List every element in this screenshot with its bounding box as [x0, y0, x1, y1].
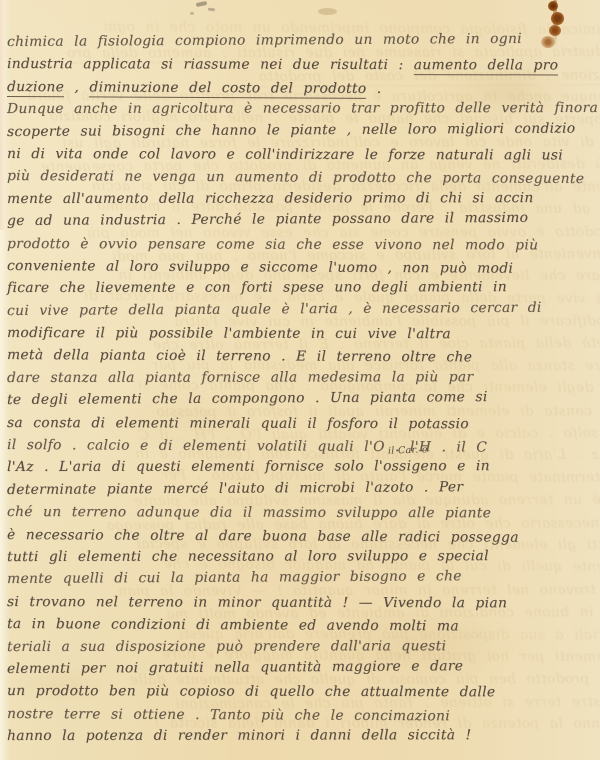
- manuscript-line: ge ad una industria . Perché le piante p…: [7, 206, 600, 232]
- ink-speck-2: [208, 8, 215, 12]
- handwritten-text: ,: [64, 79, 89, 95]
- handwritten-text: teriali a sua disposizione può prendere …: [7, 638, 446, 655]
- manuscript-line: determinate piante mercé l'aiuto di micr…: [7, 475, 600, 501]
- handwritten-text: cui vive parte della pianta quale è l'ar…: [7, 299, 542, 318]
- handwritten-text: Dunque anche in agricoltura è necessario…: [7, 100, 598, 117]
- handwritten-text: chimica la fisiologia compiono imprimend…: [7, 31, 522, 50]
- manuscript-line: cui vive parte della pianta quale è l'ar…: [7, 296, 600, 322]
- manuscript-text: chimica la fisiologia compiono imprimend…: [7, 31, 600, 748]
- handwritten-text: dare stanza alla pianta fornisce alla me…: [7, 369, 473, 386]
- handwritten-text: scoperte sui bisogni che hanno le piante…: [7, 120, 576, 139]
- manuscript-line: prodotto è ovvio pensare come sia che es…: [7, 233, 600, 257]
- handwritten-text: un prodotto ben più copioso di quello ch…: [7, 683, 495, 700]
- handwritten-text: ta in buone condizioni di ambiente ed av…: [7, 616, 459, 634]
- manuscript-line: industria applicata si riassume nei due …: [7, 53, 600, 77]
- handwritten-text: .: [366, 81, 381, 97]
- manuscript-line: ché un terreno adunque dia il massimo sv…: [7, 501, 600, 525]
- handwritten-text: modificare il più possibile l'ambiente i…: [7, 325, 451, 342]
- handwritten-text: hanno la potenza di render minori i dann…: [7, 727, 471, 744]
- paper-smudge: [318, 8, 337, 15]
- interlinear-insertion: il Car. e: [388, 444, 428, 456]
- handwritten-text: l'Az . L'aria di questi elementi fornisc…: [7, 459, 490, 476]
- manuscript-line: sa consta di elementi minerali quali il …: [7, 412, 600, 436]
- handwritten-text: ché un terreno adunque dia il massimo sv…: [7, 504, 491, 521]
- handwritten-text: elementi per noi gratuiti nella quantità…: [7, 658, 463, 677]
- handwritten-text: è necessario che oltre al dare buona bas…: [7, 527, 519, 546]
- handwritten-text: ni di vita onde col lavoro e coll'indiri…: [7, 146, 563, 163]
- handwritten-text: prodotto è ovvio pensare come sia che es…: [7, 236, 538, 253]
- handwritten-text: metà della pianta cioè il terreno . E il…: [7, 347, 472, 365]
- handwritten-text: si trovano nel terreno in minor quantità…: [7, 594, 507, 611]
- handwritten-text: ficare che lievemente e con forti spese …: [7, 279, 507, 296]
- handwritten-text: ge ad una industria . Perché le piante p…: [7, 210, 528, 229]
- handwritten-text: mente all'aumento della ricchezza deside…: [7, 190, 534, 207]
- ink-speck-3: [190, 12, 194, 15]
- manuscript-line: modificare il più possibile l'ambiente i…: [7, 322, 600, 346]
- handwritten-text: più desiderati ne venga un aumento di pr…: [7, 168, 584, 187]
- handwritten-text: industria applicata si riassume nei due …: [7, 56, 414, 73]
- underlined-text: duzione: [7, 79, 64, 97]
- rust-stain-1: [548, 1, 558, 11]
- handwritten-text: mente quelli di cui la pianta ha maggior…: [7, 569, 462, 588]
- manuscript-line: chimica la fisiologia compiono imprimend…: [7, 27, 600, 53]
- handwritten-text: nostre terre si ottiene . Tanto più che …: [7, 706, 450, 724]
- manuscript-line: ni di vita onde col lavoro e coll'indiri…: [7, 143, 600, 167]
- underlined-text: diminuzione del costo del prodotto: [89, 79, 366, 98]
- ink-speck-1: [196, 1, 208, 7]
- handwritten-text: te degli elementi che la compongono . Un…: [7, 389, 488, 408]
- handwritten-text: sa consta di elementi minerali quali il …: [7, 415, 469, 432]
- manuscript-line: hanno la potenza di render minori i dann…: [7, 724, 600, 748]
- underlined-text: aumento della pro: [414, 57, 559, 75]
- manuscript-page: chimica la fisiologia compiono imprimend…: [0, 0, 600, 760]
- manuscript-line: scoperte sui bisogni che hanno le piante…: [7, 116, 600, 142]
- handwritten-text: determinate piante mercé l'aiuto di micr…: [7, 479, 463, 498]
- manuscript-line: si trovano nel terreno in minor quantità…: [7, 591, 600, 615]
- handwritten-text: tutti gli elementi che necessitano al lo…: [7, 548, 489, 565]
- manuscript-line: elementi per noi gratuiti nella quantità…: [7, 654, 600, 680]
- manuscript-line: te degli elementi che la compongono . Un…: [7, 385, 600, 411]
- rust-stain-2: [551, 12, 564, 25]
- paper-left-edge-tint: [0, 0, 5, 230]
- manuscript-line: un prodotto ben più copioso di quello ch…: [7, 680, 600, 704]
- manuscript-line: mente quelli di cui la pianta ha maggior…: [7, 564, 600, 590]
- handwritten-text: conveniente al loro sviluppo e siccome l…: [7, 258, 513, 277]
